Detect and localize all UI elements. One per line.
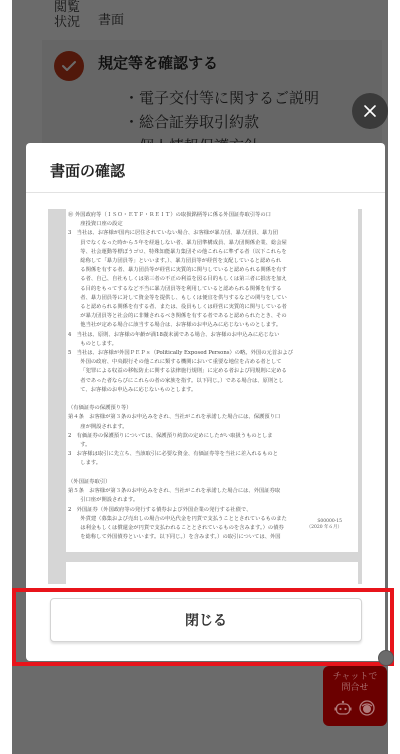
document-line: 「犯罪による収益の移転防止に関する法律施行規則」に定める者および同規則に定める — [68, 367, 356, 376]
chat-label-line1: チャットで — [323, 672, 387, 683]
robot-icon — [334, 700, 352, 716]
document-line: します。 — [68, 459, 356, 468]
chat-widget-close-handle[interactable] — [378, 650, 394, 666]
viewer-scrollbar[interactable] — [358, 209, 362, 584]
document-line: 者、暴力団員等に対して資金等を提供し、もしくは便宜を供与するなどの関与をしてい — [68, 294, 356, 303]
document-date: （2020 年６月） — [307, 525, 342, 531]
overlay-close-button[interactable] — [352, 93, 388, 129]
close-button[interactable]: 閉じる — [50, 598, 362, 642]
document-line: ものとします。 — [68, 340, 356, 349]
document-line: 者であった者ならびにこれらの者の家族を指す。以下同じ。）である場合は、原則とし — [68, 377, 356, 386]
document-line: 4 当社は、原則、お客様の年齢が満18歳未満である場合、お客様のお申込みに応じな… — [68, 331, 356, 340]
chat-label-line2: 問合せ — [323, 683, 387, 694]
document-footer: S00000-15 （2020 年６月） — [307, 519, 342, 531]
modal-divider — [26, 192, 385, 193]
document-viewer[interactable]: ⑩ 外国政府等（ＩＳＯ・ＥＴＦ・ＲＥＩＴ）の取扱銘柄等に係る外国証券取引等の口 … — [48, 209, 363, 584]
document-line: 3 お客様は取引に先立ち、当該取引に必要な資金、有価証券等を当社に差入れるものと — [68, 450, 356, 459]
viewer-left-margin — [48, 209, 66, 584]
document-line: 第４条 お客様が第３条のお申込みをされ、当社がこれを承諾した場合には、保護預り口 — [68, 413, 356, 422]
document-line: 員でなくなった時から５年を経過しない者、暴力団準構成員、暴力団関係企業、総会屋 — [68, 239, 356, 248]
document-line: （外国証券取引） — [68, 478, 356, 487]
document-modal: 書面の確認 ⑩ 外国政府等（ＩＳＯ・ＥＴＦ・ＲＥＩＴ）の取扱銘柄等に係る外国証券… — [26, 143, 385, 661]
modal-title: 書面の確認 — [50, 160, 125, 181]
chat-widget-button[interactable]: チャットで 問合せ — [323, 666, 387, 726]
document-line: 2 有価証券の保護預りについては、保護預り約款の定めにしたがい取扱うものとしま — [68, 432, 356, 441]
document-line: る者、自己、自社もしくは第三者の不正の利益を図る目的もしくは第三者に損害を加え — [68, 275, 356, 284]
document-line: 座投資口座の設定 — [68, 220, 356, 229]
document-line: が暴力団員等と社会的に非難されるべき関係を有する者であると認められたとき、その — [68, 312, 356, 321]
viewer-page-gap — [66, 552, 358, 562]
document-line: 総称して「暴力団員等」といいます。）、暴力団員等が経営を支配していると認められ — [68, 257, 356, 266]
document-line: ると認められる関係を有する者、または、役員もしくは経営に実質的に関与している者 — [68, 303, 356, 312]
document-text: ⑩ 外国政府等（ＩＳＯ・ＥＴＦ・ＲＥＩＴ）の取扱銘柄等に係る外国証券取引等の口 … — [68, 209, 356, 542]
document-line — [68, 469, 356, 478]
document-line: ⑩ 外国政府等（ＩＳＯ・ＥＴＦ・ＲＥＩＴ）の取扱銘柄等に係る外国証券取引等の口 — [68, 211, 356, 220]
document-line: 3 当社は、お客様が国内に居住されていない場合、お客様が暴力団、暴力団員、暴力団 — [68, 229, 356, 238]
document-line: 外国の政府、中央銀行その他これに類する機関において重要な地位を占める者として — [68, 358, 356, 367]
document-line: 2 外国証券（外国政府等の発行する債券および外国企業の発行する社債で、 — [68, 506, 356, 515]
document-line: 第５条 お客様が第３条のお申込みをされ、当社がこれを承諾した場合には、外国証券取 — [68, 487, 356, 496]
document-page: ⑩ 外国政府等（ＩＳＯ・ＥＴＦ・ＲＥＩＴ）の取扱銘柄等に係る外国証券取引等の口 … — [68, 209, 356, 550]
document-line: 座が開設されます。 — [68, 423, 356, 432]
document-line: を総称して外国債券といいます。以下同じ。）を含みます。）の取引については、外国 — [68, 533, 356, 542]
document-line: 他当社が定める場合に該当する場合は、お客様のお申込みに応じないものとします。 — [68, 321, 356, 330]
document-line: （有価証券の保護預り等） — [68, 404, 356, 413]
document-line — [68, 395, 356, 404]
operator-icon — [358, 700, 376, 716]
document-line: て、お客様のお申込みに応じないものとします。 — [68, 386, 356, 395]
document-line: 引口座が開設されます。 — [68, 496, 356, 505]
document-line: る関係を有する者、暴力団員等が経営に実質的に関与していると認められる関係を有す — [68, 266, 356, 275]
document-line: 5 当社は、お客様が外国ＰＥＰｓ（Politically Exposed Per… — [68, 349, 356, 358]
document-line: 等、社会運動等標ぼうゴロ、特殊知能暴力集団その他これらに準ずる者（以下これらを — [68, 248, 356, 257]
document-line: る目的をもってするなど不当に暴力団員等を利用していると認められる関係を有する — [68, 285, 356, 294]
document-line: す。 — [68, 441, 356, 450]
close-icon — [363, 104, 377, 118]
